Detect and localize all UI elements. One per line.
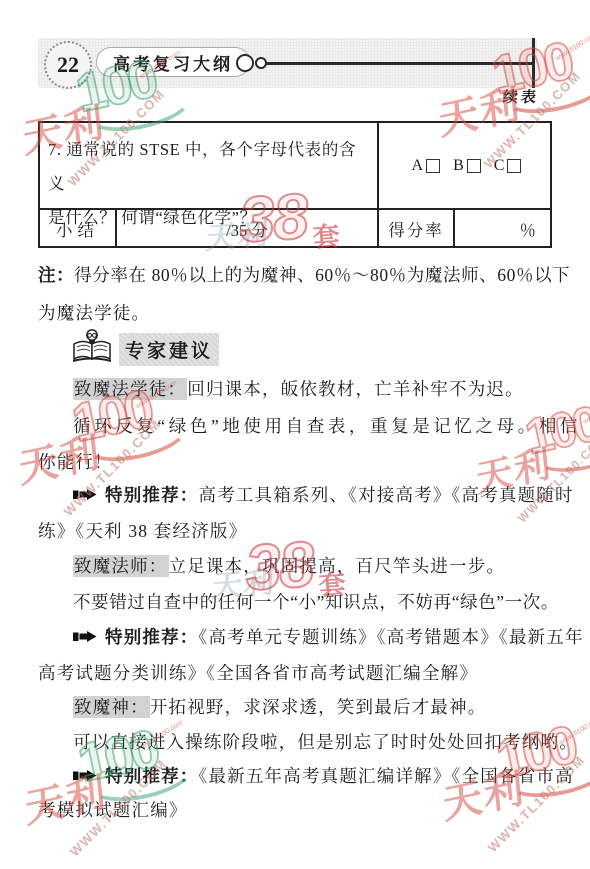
note-prefix: 注： — [38, 265, 74, 285]
checkbox-c[interactable] — [507, 159, 521, 173]
checkbox-b[interactable] — [467, 159, 481, 173]
magician-line-2: 不要错过自查中的任何一个“小”知识点，不妨再“绿色”一次。 — [38, 589, 589, 614]
apprentice-tag: 致魔法学徒： — [73, 378, 187, 400]
god-line-2: 可以直接进入操练阶段啦，但是别忘了时时处处回扣考纲哟。 — [38, 729, 589, 754]
magician-text: 立足课本，巩固提高，百尺竿头进一步。 — [169, 556, 506, 576]
summary-label: 小结 — [40, 210, 117, 248]
pointing-hand-icon — [73, 628, 98, 649]
header-rule-line — [265, 62, 533, 65]
note-line-2: 为魔法学徒。 — [38, 300, 554, 325]
apprentice-line-3: 你能行！ — [38, 449, 554, 474]
score-rate-label: 得分率 — [379, 210, 455, 248]
decorative-circle-large — [236, 54, 254, 72]
option-c-label: C — [494, 157, 505, 175]
recommend-1-line-1: 特别推荐：高考工具箱系列、《对接高考》《高考真题随时 — [38, 482, 589, 507]
note-text-2: 为魔法学徒。 — [38, 303, 150, 323]
question-cell: 7. 通常说的 STSE 中，各个字母代表的含义 是什么？ 何谓“绿色化学”？ — [40, 123, 379, 208]
option-a-label: A — [412, 157, 424, 175]
recommend-label: 特别推荐： — [105, 485, 199, 505]
recommend-1-line-2: 练》《天利 38 套经济版》 — [38, 518, 554, 543]
option-a: A — [412, 157, 441, 175]
recommend-2-line-1: 特别推荐：《高考单元专题训练》《高考错题本》《最新五年 — [38, 624, 589, 649]
chapter-title: 高考复习大纲 — [113, 50, 233, 75]
option-b: B — [453, 157, 481, 175]
note-line-1: 注：得分率在 80％以上的为魔神、60％～80％为魔法师、60％以下 — [38, 262, 554, 287]
expert-advice-heading: 专家建议 — [72, 328, 219, 370]
god-line-1: 致魔神：开拓视野，求深求透，笑到最后才最神。 — [38, 694, 589, 719]
pointing-hand-icon — [73, 486, 98, 507]
expert-advice-label: 专家建议 — [119, 333, 219, 366]
chapter-header-band: 22 高考复习大纲 — [38, 38, 537, 88]
options-cell: A B C — [379, 123, 554, 208]
god-text: 开拓视野，求深求透，笑到最后才最神。 — [150, 697, 487, 717]
chapter-number: 22 — [57, 52, 79, 78]
summary-row: 小结 /35 分 得分率 ％ — [40, 210, 550, 248]
header-end-tick — [532, 38, 535, 88]
recommend-3-line-1: 特别推荐：《最新五年高考真题汇编详解》《全国各省市高 — [38, 763, 589, 788]
magician-line-1: 致魔法师：立足课本，巩固提高，百尺竿头进一步。 — [38, 553, 589, 578]
score-field: /35 分 — [117, 210, 379, 248]
recommend-2-line-2: 高考试题分类训练》《全国各省市高考试题汇编全解》 — [38, 660, 554, 685]
chapter-number-badge: 22 — [44, 41, 92, 89]
question-row: 7. 通常说的 STSE 中，各个字母代表的含义 是什么？ 何谓“绿色化学”？ … — [40, 123, 550, 210]
scanned-book-page: 22 高考复习大纲 续表 7. 通常说的 STSE 中，各个字母代表的含义 是什… — [0, 0, 590, 869]
god-tag: 致魔神： — [73, 696, 150, 718]
question-table: 7. 通常说的 STSE 中，各个字母代表的含义 是什么？ 何谓“绿色化学”？ … — [38, 121, 552, 248]
checkbox-a[interactable] — [426, 159, 440, 173]
apprentice-line-2: 循环反复“绿色”地使用自查表，重复是记忆之母。相信 — [38, 413, 589, 438]
tl100-url-small: www.tl100.com — [555, 32, 590, 63]
option-c: C — [494, 157, 522, 175]
pointing-hand-icon — [73, 767, 98, 788]
option-b-label: B — [453, 157, 464, 175]
scholar-book-icon — [72, 328, 112, 370]
magician-tag: 致魔法师： — [73, 555, 169, 577]
recommend-label: 特别推荐： — [105, 627, 199, 647]
score-rate-unit: ％ — [455, 210, 550, 248]
note-text-1: 得分率在 80％以上的为魔神、60％～80％为魔法师、60％以下 — [74, 265, 570, 285]
apprentice-line-1: 致魔法学徒：回归课本，皈依教材，亡羊补牢不为迟。 — [38, 376, 589, 401]
continued-table-label: 续表 — [502, 86, 540, 107]
question-line-1: 7. 通常说的 STSE 中，各个字母代表的含义 — [48, 133, 373, 201]
chapter-title-pill: 高考复习大纲 — [96, 47, 250, 77]
recommend-label: 特别推荐： — [105, 766, 199, 786]
apprentice-text: 回归课本，皈依教材，亡羊补牢不为迟。 — [187, 379, 524, 399]
recommend-3-line-2: 考模拟试题汇编》 — [38, 797, 554, 822]
